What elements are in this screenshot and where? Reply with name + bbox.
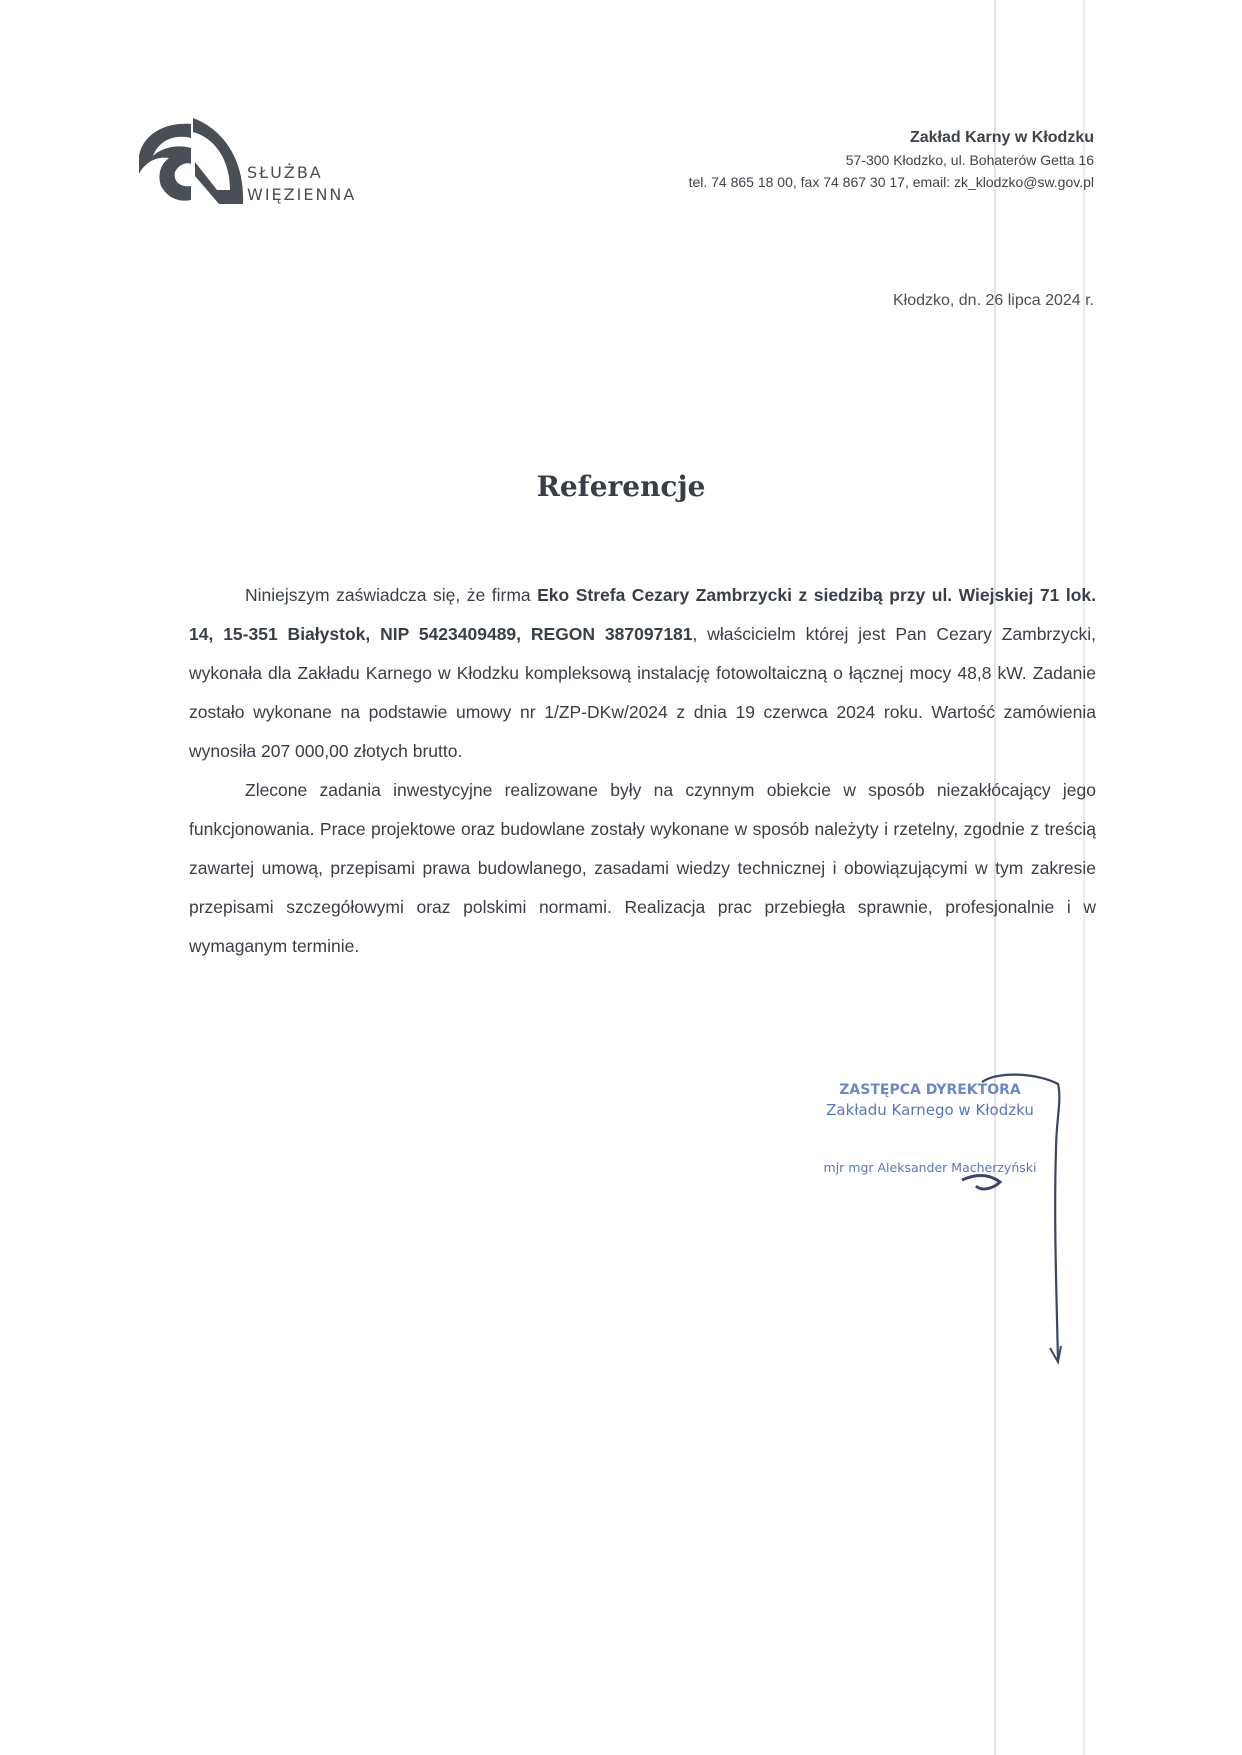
letter-body: Niniejszym zaświadcza się, że firma Eko … [189, 576, 1096, 966]
paragraph-1: Niniejszym zaświadcza się, że firma Eko … [189, 576, 1096, 771]
paragraph-1-rest: , właścicielm której jest Pan Cezary Zam… [189, 624, 1096, 761]
org-name: Zakład Karny w Kłodzku [689, 127, 1094, 149]
logo-line-1: SŁUŻBA [247, 162, 356, 184]
org-contact: tel. 74 865 18 00, fax 74 867 30 17, ema… [689, 171, 1094, 193]
paragraph-1-intro: Niniejszym zaświadcza się, że firma [245, 585, 537, 605]
sluzba-wiezienna-logo-icon [135, 112, 250, 207]
date-line: Kłodzko, dn. 26 lipca 2024 r. [893, 292, 1094, 310]
org-address: 57-300 Kłodzko, ul. Bohaterów Getta 16 [689, 149, 1094, 171]
logo-line-2: WIĘZIENNA [247, 184, 356, 206]
paragraph-2: Zlecone zadania inwestycyjne realizowane… [189, 771, 1096, 966]
logo-wordmark: SŁUŻBA WIĘZIENNA [247, 162, 356, 206]
document-title: Referencje [0, 470, 1242, 503]
handwritten-signature-icon [930, 1060, 1070, 1370]
letterhead-address-block: Zakład Karny w Kłodzku 57-300 Kłodzko, u… [689, 127, 1094, 193]
